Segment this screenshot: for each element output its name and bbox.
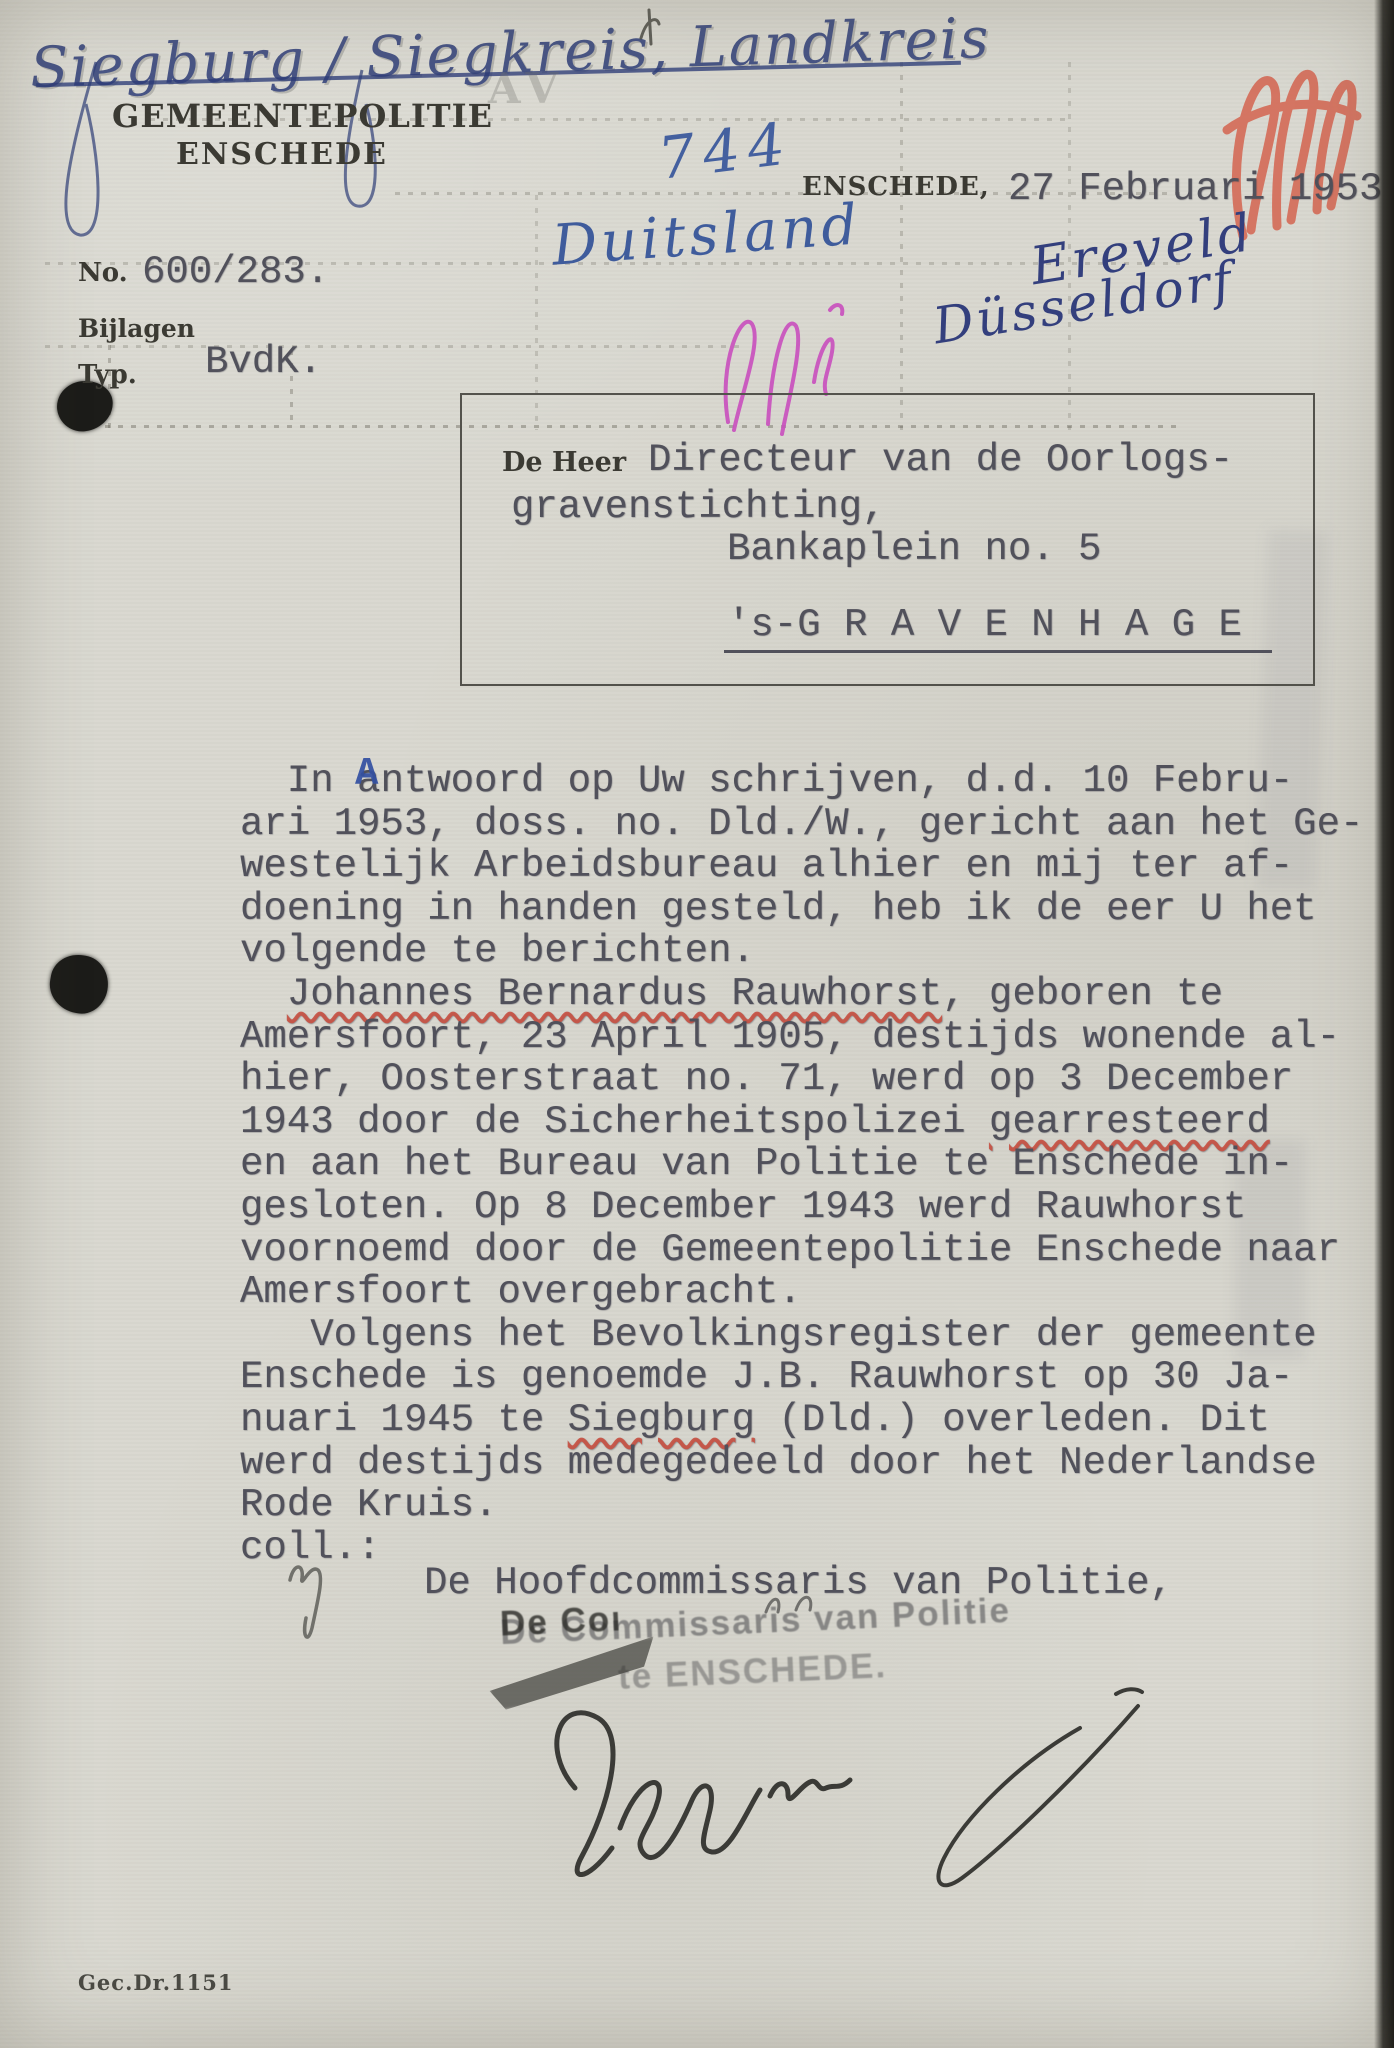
signature-ink [520,1678,1200,1918]
body-line: Amersfoort overgebracht. [240,1273,802,1312]
footer-print-code: Gec.Dr.1151 [78,1972,234,1993]
body-line: ari 1953, doss. no. Dld./W., gericht aan… [240,805,1363,844]
body-line: werd destijds medegedeeld door het Neder… [240,1444,1317,1483]
body-line: volgende te berichten. [240,932,755,971]
body-line: Rode Kruis. [240,1486,497,1525]
body-line: hier, Oosterstraat no. 71, werd op 3 Dec… [240,1060,1293,1099]
body-line: Volgens het Bevolkingsregister der gemee… [240,1316,1317,1355]
body-line: gesloten. Op 8 December 1943 werd Rauwho… [240,1188,1246,1227]
scanned-letter-page: Siegburg / Siegkreis, Landkreis AV GEMEE… [0,0,1394,2048]
body-line: doening in handen gesteld, heb ik de eer… [240,890,1317,929]
body-line: In antwoord op Uw schrijven, d.d. 10 Feb… [240,762,1293,801]
body-line: Enschede is genoemde J.B. Rauwhorst op 3… [240,1358,1293,1397]
stamp-commissaris-line-overink: De Commissaris van Politie [499,1601,618,1641]
pencil-paraaf-mark [278,1550,338,1645]
body-line: nuari 1945 te Siegburg (Dld.) overleden.… [240,1401,1270,1440]
body-line: en aan het Bureau van Politie te Ensched… [240,1145,1293,1184]
body-line: voornoemd door de Gemeentepolitie Ensche… [240,1231,1340,1270]
scan-edge-strip [1374,0,1394,2048]
body-line: Amersfoort, 23 April 1905, destijds wone… [240,1018,1340,1057]
body-line: Johannes Bernardus Rauwhorst, geboren te [240,975,1223,1014]
body-line: westelijk Arbeidsbureau alhier en mij te… [240,847,1293,886]
body-line: 1943 door de Sicherheitspolizei gearrest… [240,1103,1270,1142]
